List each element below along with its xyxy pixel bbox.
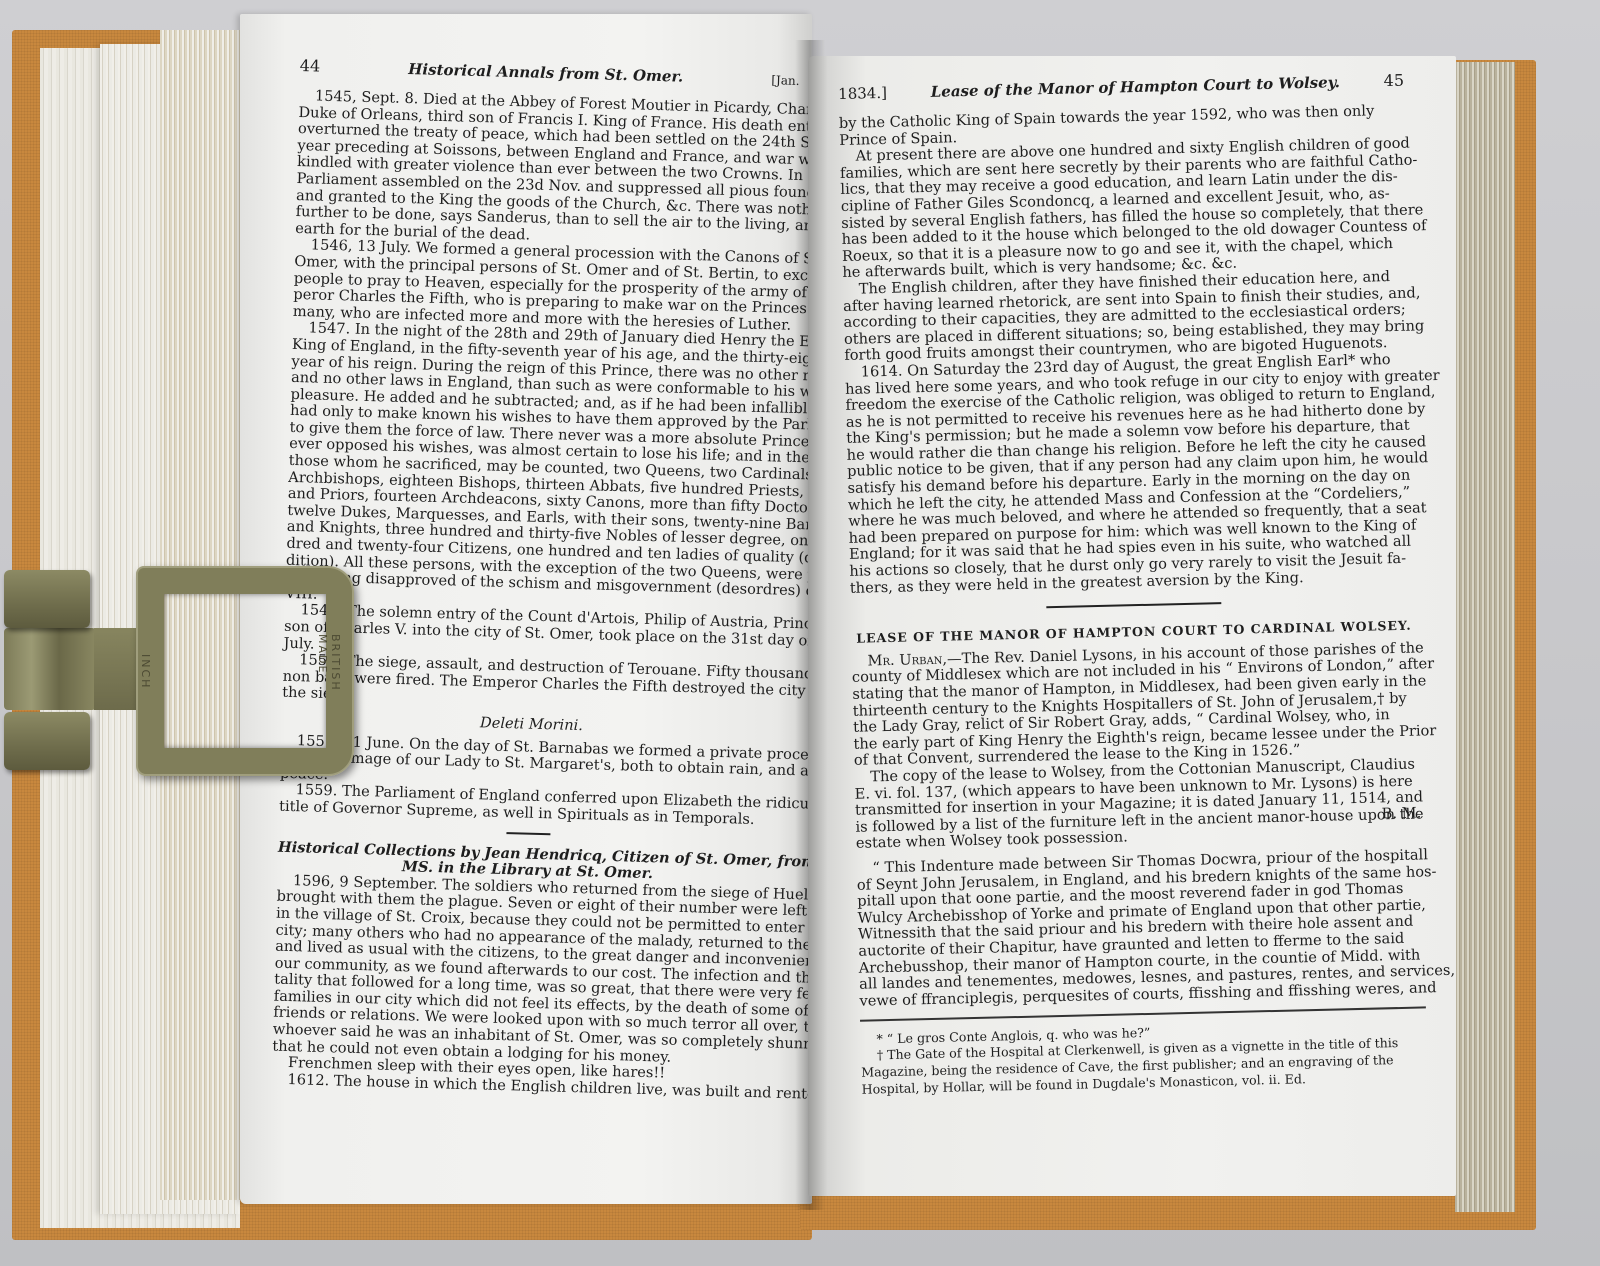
article-divider [1046,602,1221,608]
clip-marking-inch: INCH [139,654,152,689]
clip-marking-british-made: BRITISH MADE [316,634,342,692]
left-body-paragraphs-2: 1557, 11 June. On the day of St. Barnaba… [279,732,781,829]
right-page-text: 1834.] Lease of the Manor of Hampton Cou… [838,73,1428,1098]
right-page-number: 45 [1383,73,1404,90]
left-body-paragraphs-3: 1596, 9 September. The soldiers who retu… [271,872,777,1102]
left-body-paragraphs: 1545, Sept. 8. Died at the Abbey of Fore… [282,88,799,716]
footnotes: * “ Le gros Conte Anglois, q. who was he… [860,1018,1427,1098]
year-bracket: 1834.] [838,85,887,103]
right-page: 1834.] Lease of the Manor of Hampton Cou… [808,56,1456,1196]
brass-page-clip[interactable]: INCH BRITISH MADE [2,566,354,778]
indenture-paragraph: “ This Indenture made between Sir Thomas… [856,847,1425,1010]
section-divider [506,832,550,835]
left-page-number: 44 [300,58,321,75]
page-stack-right [1455,62,1515,1212]
clip-hinge-knuckle-bottom [4,712,90,770]
right-body-paragraphs: by the Catholic King of Spain towards th… [839,103,1416,597]
clip-hinge-pin [4,628,96,710]
clip-hinge-knuckle-top [4,570,90,628]
article-paragraphs: Mr. Urban,—The Rev. Daniel Lysons, in hi… [851,640,1422,852]
left-running-title: Historical Annals from St. Omer. [408,61,683,85]
right-running-title: Lease of the Manor of Hampton Court to W… [931,74,1341,100]
